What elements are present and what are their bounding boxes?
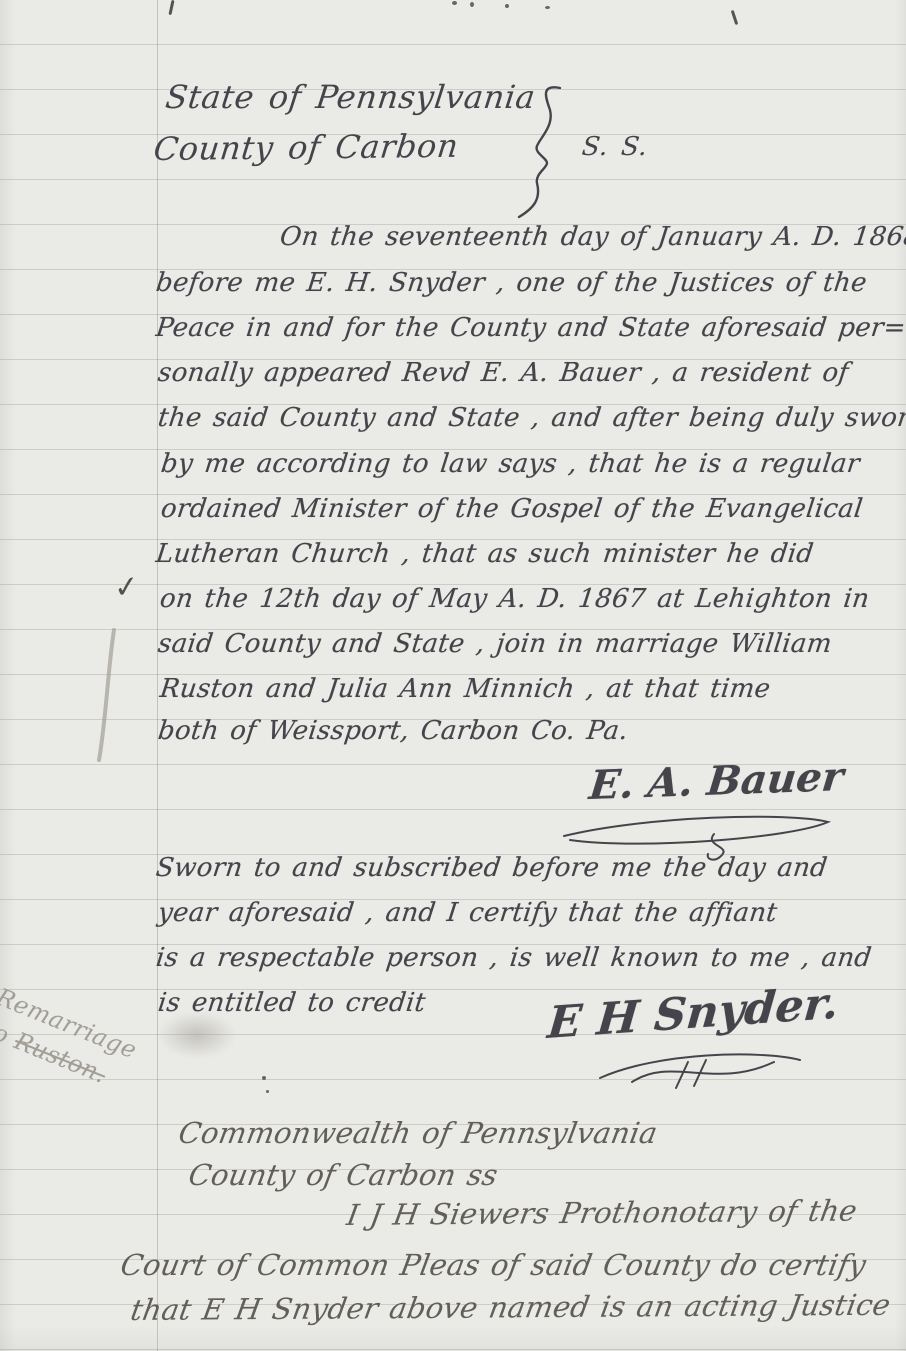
affidavit-line: Lutheran Church , that as such minister … — [154, 539, 815, 569]
affidavit-line: sonally appeared Revd E. A. Bauer , a re… — [156, 358, 850, 388]
header-county-line: County of Carbon — [152, 127, 461, 168]
jurat-line: year aforesaid , and I certify that the … — [156, 898, 779, 928]
bauer-signature: E. A. Bauer — [587, 753, 846, 809]
certification-line: Commonwealth of Pennsylvania — [176, 1116, 660, 1150]
pencil-smudge — [158, 1012, 236, 1058]
ink-mark — [262, 1076, 266, 1080]
affidavit-line: On the seventeenth day of January A. D. … — [278, 222, 906, 252]
pencil-margin-note: Remarriage to Ruston. — [0, 980, 142, 1099]
checkmark-annotation: ✓ — [112, 569, 141, 606]
pencil-margin-stroke — [96, 628, 120, 764]
jurat-line: is a respectable person , is well known … — [154, 943, 873, 973]
header-ss-label: S. S. — [580, 132, 649, 162]
affidavit-line: before me E. H. Snyder , one of the Just… — [154, 268, 868, 298]
ink-mark — [505, 4, 509, 8]
affidavit-line: said County and State , join in marriage… — [156, 629, 833, 659]
affidavit-line: Ruston and Julia Ann Minnich , at that t… — [158, 674, 772, 704]
ink-mark — [168, 0, 174, 15]
affidavit-line: on the 12th day of May A. D. 1867 at Leh… — [158, 584, 871, 614]
header-state-line: State of Pennsylvania — [163, 78, 537, 116]
certification-line: that E H Snyder above named is an acting… — [128, 1288, 893, 1327]
snyder-signature-flourish — [592, 1046, 806, 1100]
certification-line: I J H Siewers Prothonotary of the — [344, 1194, 859, 1232]
certification-line: County of Carbon ss — [186, 1158, 500, 1192]
ink-mark — [731, 10, 738, 25]
affidavit-line: by me according to law says , that he is… — [159, 449, 861, 479]
affidavit-line: ordained Minister of the Gospel of the E… — [159, 494, 864, 524]
affidavit-line: the said County and State , and after be… — [156, 403, 906, 433]
affidavit-line: both of Weissport, Carbon Co. Pa. — [156, 716, 629, 746]
document-page: State of Pennsylvania County of Carbon S… — [0, 0, 906, 1351]
ss-brace — [516, 84, 574, 220]
jurat-line: Sworn to and subscribed before me the da… — [154, 853, 829, 883]
ink-mark — [470, 2, 474, 7]
margin-fold-line — [157, 0, 158, 1351]
jurat-line: is entitled to credit — [156, 988, 427, 1018]
certification-line: Court of Common Pleas of said County do … — [118, 1248, 869, 1282]
snyder-signature: E H Snyder. — [545, 978, 840, 1049]
ink-mark — [266, 1090, 269, 1093]
affidavit-line: Peace in and for the County and State af… — [154, 313, 906, 343]
ink-mark — [452, 1, 457, 5]
ink-mark — [545, 6, 550, 9]
